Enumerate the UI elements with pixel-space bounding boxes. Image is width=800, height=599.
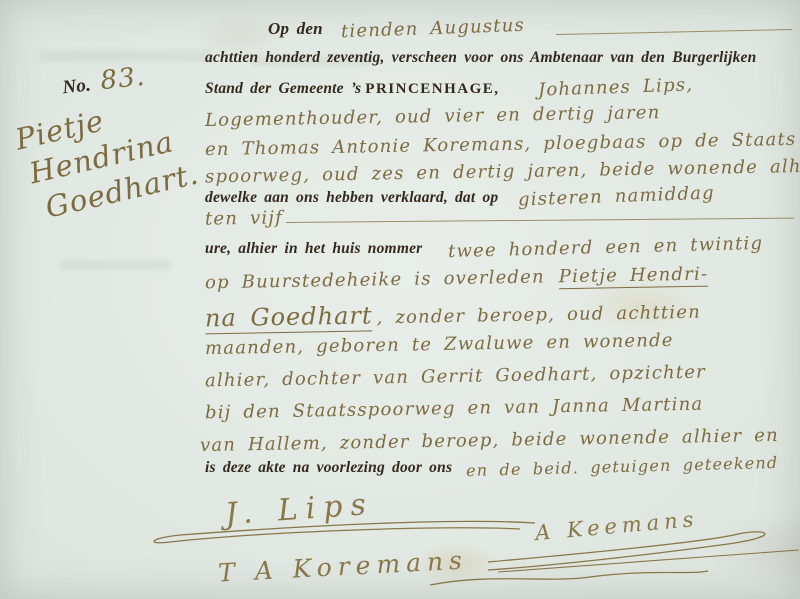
body-line-11: na Goedhart , zonder beroep, oud achttie…: [205, 296, 701, 333]
handwritten-text-underlined: na Goedhart: [205, 301, 373, 334]
handwritten-text: gisteren namiddag: [518, 183, 715, 211]
act-number-value: 83.: [99, 62, 147, 97]
body-line-15: van Hallem, zonder beroep, beide wonende…: [200, 425, 779, 456]
signature-flourish: [430, 565, 710, 590]
death-certificate-scan: No. 83. Pietje Hendrina Goedhart. Op den…: [0, 0, 800, 599]
body-line-4: Logementhouder, oud vier en dertig jaren: [205, 102, 661, 131]
body-line-9: ure, alhier in het huis nommer twee hond…: [205, 237, 764, 258]
body-line-3: Stand der Gemeente ’s PRINCENHAGE, Johan…: [205, 77, 693, 98]
bleedthrough-ghost: [60, 260, 170, 270]
body-line-1: Op den tienden Augustus: [268, 18, 525, 39]
printed-text-caps: PRINCENHAGE,: [365, 81, 499, 97]
printed-text: Stand der Gemeente ’s: [205, 80, 361, 97]
body-line-8: ten vijf: [205, 207, 283, 229]
body-line-5: en Thomas Antonie Koremans, ploegbaas op…: [205, 129, 797, 160]
ink-rule: [556, 29, 792, 35]
printed-text: Op den: [268, 19, 323, 38]
bleedthrough-ghost: [40, 50, 210, 62]
body-line-14: bij den Staatsspoorweg en van Janna Mart…: [205, 394, 704, 424]
body-line-2: achttien honderd zeventig, verscheen voo…: [205, 49, 756, 67]
handwritten-text: op Buurstedeheike is overleden: [205, 266, 545, 293]
body-line-10: op Buurstedeheike is overleden Pietje He…: [205, 264, 709, 294]
printed-text: ure, alhier in het huis nommer: [205, 240, 422, 257]
handwritten-text: twee honderd een en twintig: [448, 233, 764, 262]
handwritten-text: , zonder beroep, oud achttien: [376, 302, 701, 329]
act-number-label: No.: [61, 74, 92, 98]
handwritten-text-underlined: Pietje Hendri-: [559, 264, 709, 290]
body-line-16: is deze akte na voorlezing door ons en d…: [205, 457, 779, 477]
handwritten-text: Johannes Lips,: [537, 74, 693, 100]
body-line-12: maanden, geboren te Zwaluwe en wonende: [205, 330, 674, 359]
printed-text: is deze akte na voorlezing door ons: [205, 459, 452, 476]
margin-deceased-name: Pietje Hendrina Goedhart.: [12, 84, 202, 228]
printed-text: dewelke aan ons hebben verklaard, dat op: [205, 189, 498, 206]
signature-flourish: [140, 515, 540, 555]
handwritten-text: tienden Augustus: [340, 15, 525, 42]
ink-rule: [286, 218, 794, 223]
body-line-13: alhier, dochter van Gerrit Goedhart, opz…: [205, 362, 706, 392]
handwritten-text: en de beid. getuigen geteekend: [466, 453, 779, 480]
body-line-7: dewelke aan ons hebben verklaard, dat op…: [205, 186, 715, 207]
